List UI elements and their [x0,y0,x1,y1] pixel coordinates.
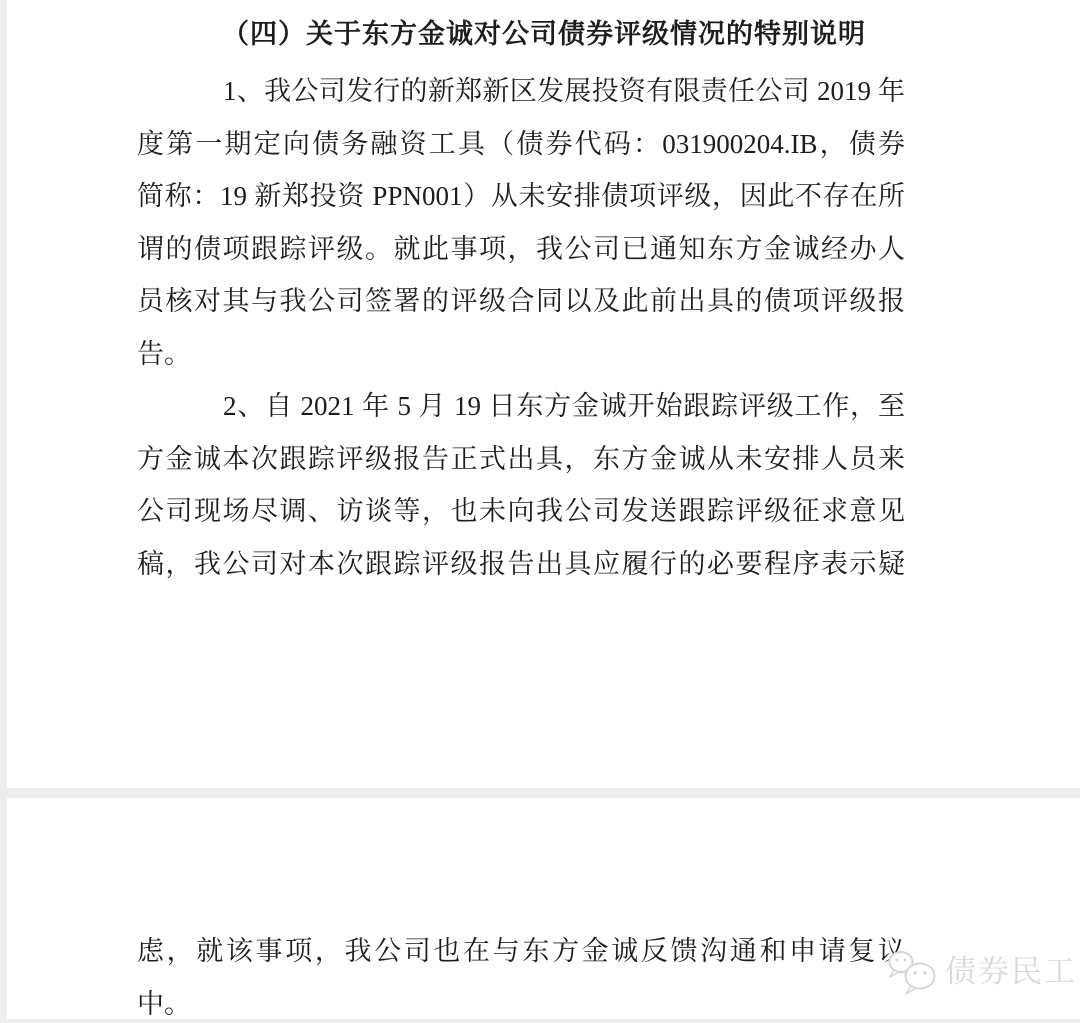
page1-text-block: 1、我公司发行的新郑新区发展投资有限责任公司 2019 年 度第一期定向债务融资… [137,65,905,590]
text-line: 公司现场尽调、访谈等，也未向我公司发送跟踪评级征求意见 [137,485,905,538]
text-line: 度第一期定向债务融资工具（债券代码：031900204.IB，债券 [137,118,905,171]
text-line: 虑，就该事项，我公司也在与东方金诚反馈沟通和申请复议 [137,925,905,978]
text-line: 告。 [137,328,905,381]
document-page-1: （四）关于东方金诚对公司债券评级情况的特别说明 1、我公司发行的新郑新区发展投资… [137,0,905,590]
section-heading: （四）关于东方金诚对公司债券评级情况的特别说明 [222,16,905,52]
text-line: 稿，我公司对本次跟踪评级报告出具应履行的必要程序表示疑 [137,538,905,591]
watermark-label: 债券民工 [945,948,1077,996]
bottom-edge-strip [0,1019,1080,1023]
page-separator [0,788,1080,798]
text-line: 简称：19 新郑投资 PPN001）从未安排债项评级，因此不存在所 [137,170,905,223]
text-line: 方金诚本次跟踪评级报告正式出具，东方金诚从未安排人员来 [137,433,905,486]
watermark: 债券民工 [886,946,1077,998]
document-page-2: 虑，就该事项，我公司也在与东方金诚反馈沟通和申请复议 中。 [137,925,905,1023]
text-line: 1、我公司发行的新郑新区发展投资有限责任公司 2019 年 [223,65,905,118]
left-edge-strip [0,0,7,1023]
wechat-logo-icon [886,948,940,996]
text-line: 2、自 2021 年 5 月 19 日东方金诚开始跟踪评级工作，至东 [223,380,905,433]
text-line: 员核对其与我公司签署的评级合同以及此前出具的债项评级报 [137,275,905,328]
text-line: 中。 [137,978,905,1023]
text-line: 谓的债项跟踪评级。就此事项，我公司已通知东方金诚经办人 [137,223,905,276]
